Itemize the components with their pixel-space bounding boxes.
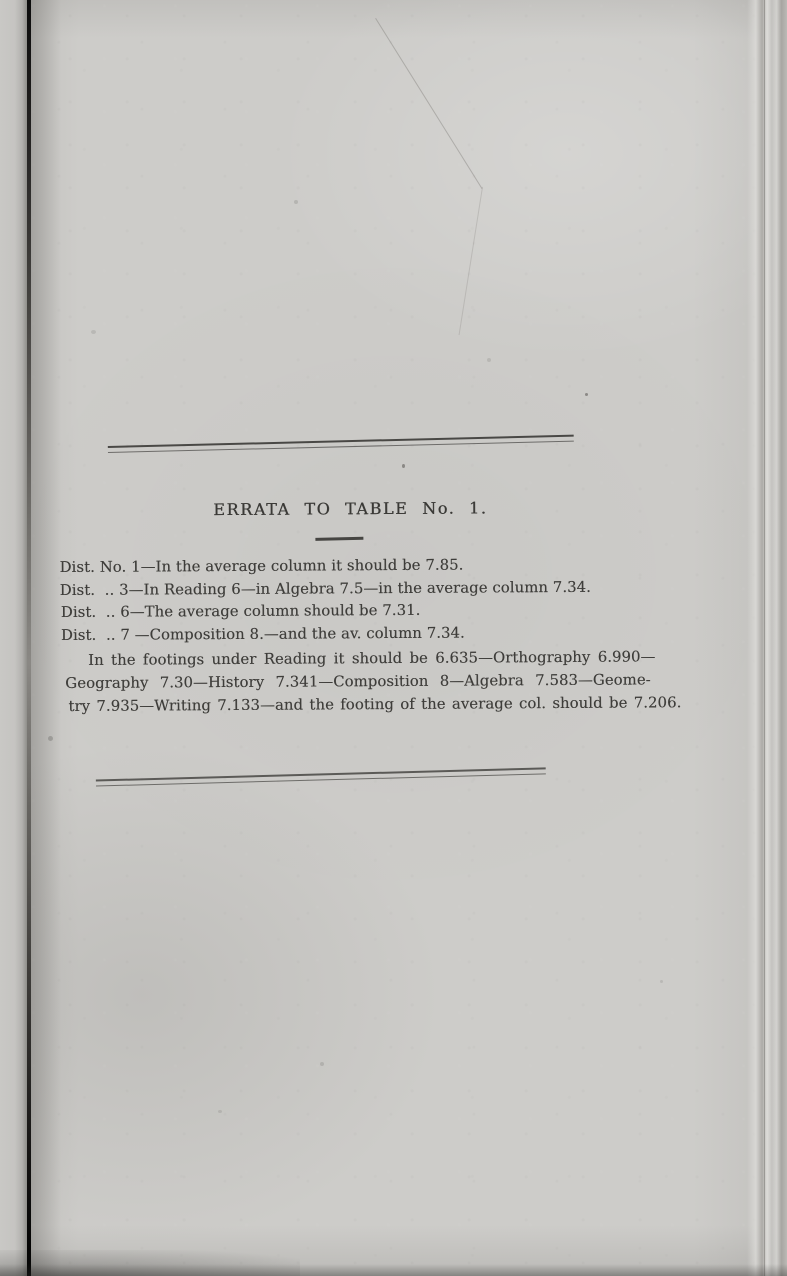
page-title: ERRATA TO TABLE No. 1. [213,498,487,519]
top-double-rule [108,435,574,453]
footings-paragraph-line: In the footings under Reading it should … [88,648,655,668]
footings-paragraph-line: try 7.935—Writing 7.133—and the footing … [68,694,681,715]
errata-line: Dist. .. 7 —Composition 8.—and the av. c… [61,625,465,644]
scanned-book-page: ERRATA TO TABLE No. 1. Dist. No. 1—In th… [0,0,787,1276]
footings-paragraph-line: Geography 7.30—History 7.341—Composition… [65,671,651,692]
printed-content: ERRATA TO TABLE No. 1. Dist. No. 1—In th… [0,0,787,1276]
title-separator-dash [315,537,363,541]
errata-line: Dist. No. 1—In the average column it sho… [60,557,464,576]
bottom-double-rule [96,767,546,786]
errata-line: Dist. .. 3—In Reading 6—in Algebra 7.5—i… [60,579,591,599]
errata-line: Dist. .. 6—The average column should be … [61,602,421,621]
